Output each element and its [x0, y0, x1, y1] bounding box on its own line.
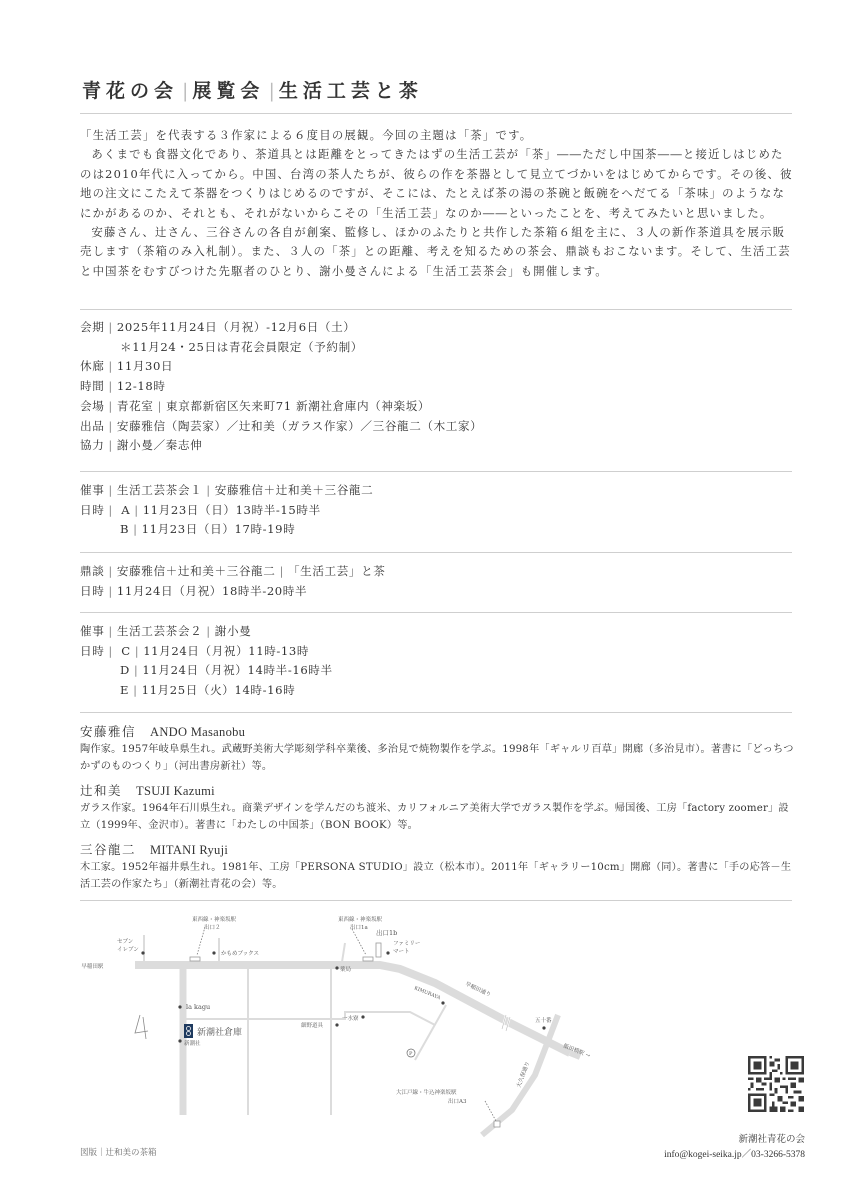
divider — [80, 552, 792, 553]
bio-ando: 安藤雅信ANDO Masanobu 陶作家。1957年岐阜県生れ。武蔵野美術大学… — [80, 722, 796, 775]
event1-date-label: 日時 — [80, 503, 104, 517]
venue-label: 会場 — [80, 399, 104, 413]
north-arrow-icon — [135, 1015, 148, 1039]
venue-address: 東京都新宿区矢来町71 新潮社倉庫内（神楽坂） — [166, 399, 430, 413]
hours-row: 時間|12-18時 — [80, 377, 482, 397]
bio-description: 陶作家。1957年岐阜県生れ。武蔵野美術大学彫刻学科卒業後、多治見で焼物製作を学… — [80, 742, 796, 775]
cooperation-value: 謝小曼／秦志伸 — [117, 438, 202, 452]
artists-row: 出品|安藤雅信（陶芸家）／辻和美（ガラス作家）／三谷龍二（木工家） — [80, 417, 482, 437]
title-part-type: 展覧会 — [192, 80, 264, 102]
bio-name-en: ANDO Masanobu — [150, 725, 245, 739]
bio-tsuji: 辻和美TSUJI Kazumi ガラス作家。1964年石川県生れ。商業デザインを… — [80, 781, 796, 834]
artists-label: 出品 — [80, 419, 104, 433]
hours-value: 12-18時 — [117, 379, 166, 393]
divider — [80, 712, 792, 713]
page-title: 青花の会|展覧会|生活工芸と茶 — [82, 76, 423, 103]
svg-text:セブン: セブン — [117, 937, 133, 945]
svg-text:東西線・神楽坂駅: 東西線・神楽坂駅 — [192, 915, 237, 923]
svg-text:細野道具: 細野道具 — [301, 1021, 324, 1029]
session-code: B — [120, 522, 129, 536]
talk-title: 「生活工芸」と茶 — [288, 564, 386, 578]
event2-session-c: 日時| C|11月24日（月祝）11時-13時 — [80, 642, 333, 662]
svg-text:五十番: 五十番 — [535, 1016, 552, 1024]
event2-date-label: 日時 — [80, 644, 104, 658]
venue-row: 会場|青花室|東京都新宿区矢来町71 新潮社倉庫内（神楽坂） — [80, 397, 482, 417]
venue-name: 青花室 — [117, 399, 154, 413]
svg-text:出口A3: 出口A3 — [448, 1097, 467, 1105]
event2-hosts: 謝小曼 — [215, 624, 252, 638]
period-label: 会期 — [80, 320, 104, 334]
map-label: ← 早稲田駅 — [80, 962, 104, 970]
svg-text:la kagu: la kagu — [186, 1003, 210, 1011]
svg-text:出口1b: 出口1b — [376, 928, 397, 937]
title-part-organizer: 青花の会 — [82, 80, 178, 102]
event1-hosts: 安藤雅信＋辻和美＋三谷龍二 — [215, 483, 374, 497]
svg-text:新潮社倉庫: 新潮社倉庫 — [197, 1026, 242, 1038]
svg-text:大江戸線・牛込神楽坂駅: 大江戸線・牛込神楽坂駅 — [396, 1088, 457, 1096]
event2-info: 催事|生活工芸茶会２|謝小曼 日時| C|11月24日（月祝）11時-13時 D… — [80, 622, 333, 701]
talk-time: 11月24日（月祝）18時半-20時半 — [117, 584, 307, 598]
organizer-name: 新潮社青花の会 — [738, 1131, 805, 1145]
divider — [80, 309, 792, 310]
talk-label: 鼎談 — [80, 564, 104, 578]
bio-name-en: MITANI Ryuji — [150, 843, 228, 857]
bio-mitani: 三谷龍二MITANI Ryuji 木工家。1952年福井県生れ。1981年、工房… — [80, 840, 796, 893]
svg-text:早稲田通り: 早稲田通り — [464, 980, 492, 999]
intro-text: 「生活工芸」を代表する３作家による６度目の展観。今回の主題は「茶」です。 あくま… — [80, 126, 796, 281]
event1-session-a: 日時| A|11月23日（日）13時半-15時半 — [80, 501, 373, 521]
image-caption: 図版｜辻和美の茶箱 — [80, 1146, 157, 1158]
period-note: ＊11月24・25日は青花会員限定（予約制） — [80, 338, 482, 358]
bio-name: 安藤雅信ANDO Masanobu — [80, 722, 796, 740]
event2-session-d: D|11月24日（月祝）14時半-16時半 — [80, 661, 333, 681]
qr-code[interactable] — [748, 1056, 804, 1112]
svg-text:イレブン: イレブン — [117, 945, 139, 953]
session-time: 11月25日（火）14時-16時 — [142, 683, 296, 697]
contact-info[interactable]: info@kogei-seika.jp／03-3266-5378 — [664, 1146, 805, 1160]
cooperation-row: 協力|謝小曼／秦志伸 — [80, 436, 482, 456]
hours-label: 時間 — [80, 379, 104, 393]
event2-title: 生活工芸茶会２ — [117, 624, 202, 638]
title-separator: | — [182, 80, 188, 102]
event1-session-b: B|11月23日（日）17時-19時 — [80, 520, 373, 540]
svg-text:ファミリー: ファミリー — [393, 940, 420, 947]
session-code: D — [120, 663, 130, 677]
cooperation-label: 協力 — [80, 438, 104, 452]
closed-value: 11月30日 — [117, 359, 173, 373]
event1-label: 催事 — [80, 483, 104, 497]
svg-text:出口２: 出口２ — [204, 923, 221, 931]
session-time: 11月23日（日）17時-19時 — [142, 522, 296, 536]
svg-text:かもめブックス: かもめブックス — [221, 949, 259, 957]
period-value: 2025年11月24日（月祝）-12月6日（土） — [117, 320, 356, 334]
bio-name-en: TSUJI Kazumi — [136, 784, 215, 798]
session-code: C — [121, 644, 130, 658]
intro-paragraph: 安藤さん、辻さん、三谷さんの各自が創案、監修し、ほかのふたりと共作した茶箱６組を… — [80, 223, 796, 281]
exhibition-info: 会期|2025年11月24日（月祝）-12月6日（土） ＊11月24・25日は青… — [80, 318, 482, 456]
svg-text:P: P — [409, 1051, 413, 1057]
bio-name-ja: 安藤雅信 — [80, 724, 136, 739]
exhibition-flyer: 青花の会|展覧会|生活工芸と茶 「生活工芸」を代表する３作家による６度目の展観。… — [0, 0, 843, 1192]
intro-paragraph: あくまでも食器文化であり、茶道具とは距離をとってきたはずの生活工芸が「茶」――た… — [80, 145, 796, 223]
shinchosha-logo-icon — [184, 1024, 193, 1038]
bio-description: ガラス作家。1964年石川県生れ。商業デザインを学んだのち渡米、カリフォルニア美… — [80, 801, 796, 834]
event1-title-row: 催事|生活工芸茶会１|安藤雅信＋辻和美＋三谷龍二 — [80, 481, 373, 501]
session-time: 11月23日（日）13時半-15時半 — [143, 503, 321, 517]
talk-title-row: 鼎談|安藤雅信＋辻和美＋三谷龍二|「生活工芸」と茶 — [80, 562, 386, 582]
bio-name-ja: 辻和美 — [80, 783, 122, 798]
svg-text:マート: マート — [393, 948, 410, 955]
divider — [80, 471, 792, 472]
title-part-theme: 生活工芸と茶 — [279, 80, 423, 102]
intro-paragraph: 「生活工芸」を代表する３作家による６度目の展観。今回の主題は「茶」です。 — [80, 126, 796, 145]
talk-hosts: 安藤雅信＋辻和美＋三谷龍二 — [117, 564, 276, 578]
event2-label: 催事 — [80, 624, 104, 638]
artists-value: 安藤雅信（陶芸家）／辻和美（ガラス作家）／三谷龍二（木工家） — [117, 419, 482, 433]
talk-info: 鼎談|安藤雅信＋辻和美＋三谷龍二|「生活工芸」と茶 日時|11月24日（月祝）1… — [80, 562, 386, 601]
event1-title: 生活工芸茶会１ — [117, 483, 202, 497]
session-code: E — [120, 683, 129, 697]
closed-label: 休廊 — [80, 359, 104, 373]
period-row: 会期|2025年11月24日（月祝）-12月6日（土） — [80, 318, 482, 338]
divider — [80, 113, 792, 114]
talk-date-label: 日時 — [80, 584, 104, 598]
bio-name: 三谷龍二MITANI Ryuji — [80, 840, 796, 858]
session-time: 11月24日（月祝）14時半-16時半 — [142, 663, 332, 677]
svg-text:出口1a: 出口1a — [350, 923, 368, 931]
session-time: 11月24日（月祝）11時-13時 — [143, 644, 309, 658]
bio-name: 辻和美TSUJI Kazumi — [80, 781, 796, 799]
bio-name-ja: 三谷龍二 — [80, 842, 136, 857]
svg-text:一水寮: 一水寮 — [342, 1014, 359, 1022]
divider — [80, 612, 792, 613]
event1-info: 催事|生活工芸茶会１|安藤雅信＋辻和美＋三谷龍二 日時| A|11月23日（日）… — [80, 481, 373, 540]
svg-text:東西線・神楽坂駅: 東西線・神楽坂駅 — [338, 915, 383, 923]
closed-row: 休廊|11月30日 — [80, 357, 482, 377]
event2-session-e: E|11月25日（火）14時-16時 — [80, 681, 333, 701]
talk-date-row: 日時|11月24日（月祝）18時半-20時半 — [80, 582, 386, 602]
event2-title-row: 催事|生活工芸茶会２|謝小曼 — [80, 622, 333, 642]
divider — [80, 900, 792, 901]
access-map: ← 早稲田駅 セブン イレブン 東西線・神楽坂駅 出口２ かもめブックス 東西線… — [80, 905, 720, 1145]
session-code: A — [121, 503, 130, 517]
svg-text:新潮社: 新潮社 — [184, 1039, 201, 1047]
bio-description: 木工家。1952年福井県生れ。1981年、工房「PERSONA STUDIO」設… — [80, 860, 796, 893]
title-separator: | — [268, 80, 274, 102]
svg-text:薬局: 薬局 — [340, 965, 352, 973]
